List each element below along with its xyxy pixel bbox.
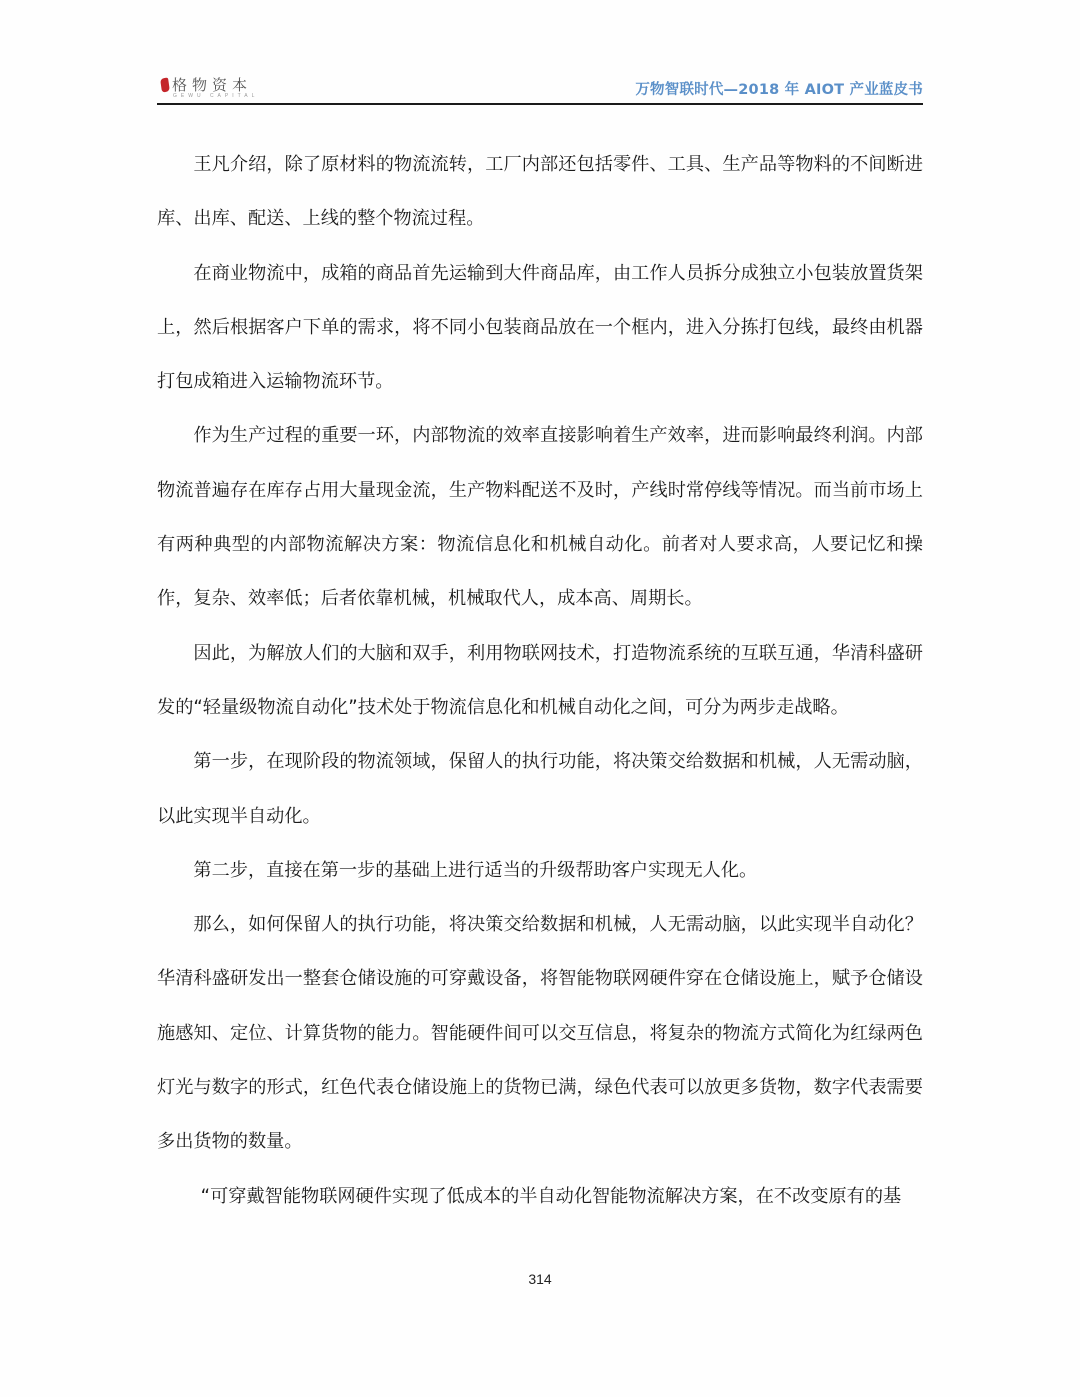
paragraph: 第二步，直接在第一步的基础上进行适当的升级帮助客户实现无人化。	[157, 844, 923, 898]
page-header: 格物资本 GEWU CAPITAL 万物智联时代—2018 年 AIOT 产业蓝…	[157, 74, 923, 104]
company-logo: 格物资本 GEWU CAPITAL	[161, 77, 258, 100]
header-divider	[157, 103, 923, 105]
logo-mark-icon	[160, 78, 170, 93]
paragraph: 王凡介绍，除了原材料的物流流转，工厂内部还包括零件、工具、生产品等物料的不间断进…	[157, 138, 923, 247]
paragraph: 在商业物流中，成箱的商品首先运输到大件商品库，由工作人员拆分成独立小包装放置货架…	[157, 247, 923, 410]
paragraph: 那么，如何保留人的执行功能，将决策交给数据和机械，人无需动脑，以此实现半自动化？…	[157, 898, 923, 1169]
paragraph-quote: “可穿戴智能物联网硬件实现了低成本的半自动化智能物流解决方案，在不改变原有的基	[157, 1170, 923, 1224]
paragraph: 作为生产过程的重要一环，内部物流的效率直接影响着生产效率，进而影响最终利润。内部…	[157, 409, 923, 626]
logo-subtitle: GEWU CAPITAL	[173, 93, 258, 100]
paragraph: 第一步，在现阶段的物流领域，保留人的执行功能，将决策交给数据和机械，人无需动脑，…	[157, 735, 923, 844]
paragraph: 因此，为解放人们的大脑和双手，利用物联网技术，打造物流系统的互联互通，华清科盛研…	[157, 627, 923, 736]
document-body: 王凡介绍，除了原材料的物流流转，工厂内部还包括零件、工具、生产品等物料的不间断进…	[157, 138, 923, 1224]
page-number: 314	[0, 1271, 1080, 1287]
document-title: 万物智联时代—2018 年 AIOT 产业蓝皮书	[635, 78, 923, 99]
logo-name: 格物资本	[172, 77, 252, 93]
